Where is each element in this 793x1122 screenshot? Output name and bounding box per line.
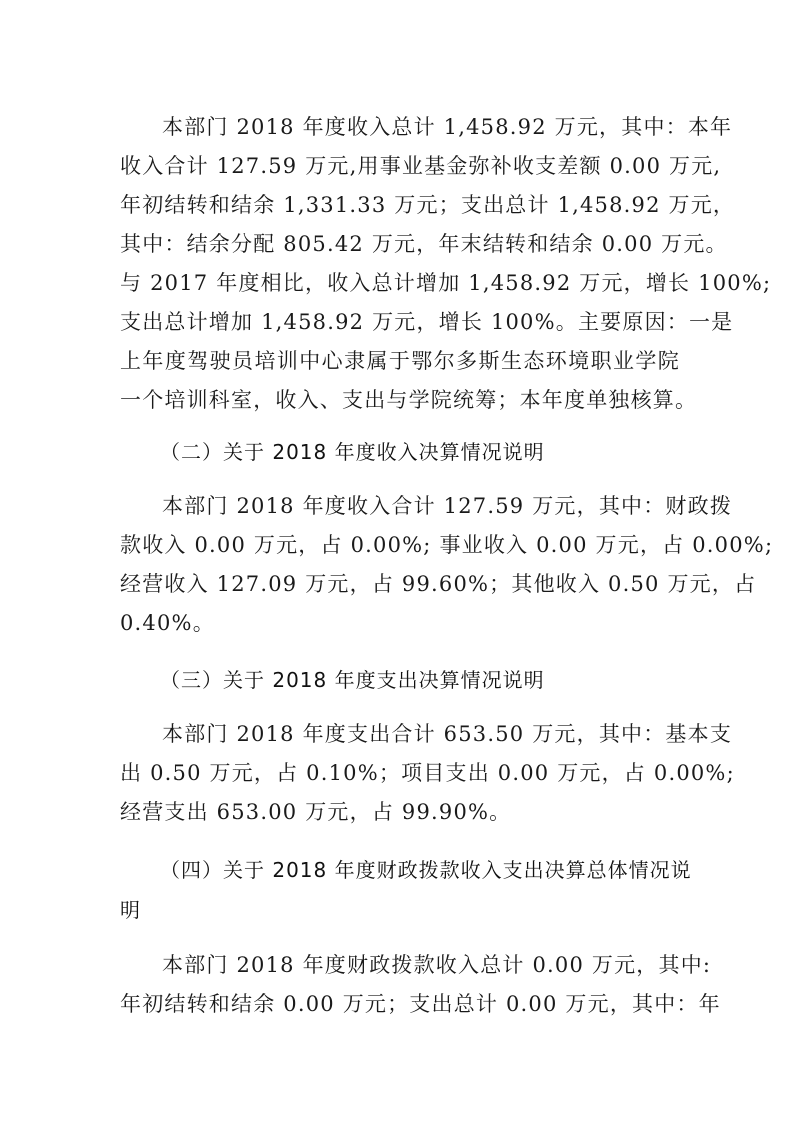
text-line: 经营收入 127.09 万元，占 99.60%；其他收入 0.50 万元，占 <box>120 564 680 604</box>
section-heading-expense: （三）关于 2018 年度支出决算情况说明 <box>160 660 545 700</box>
text-line: 0.40%。 <box>120 603 680 643</box>
section-heading-income: （二）关于 2018 年度收入决算情况说明 <box>160 432 545 472</box>
text-line: 与 2017 年度相比，收入总计增加 1,458.92 万元，增长 100%; <box>120 263 680 303</box>
text-line: 其中：结余分配 805.42 万元，年末结转和结余 0.00 万元。 <box>120 224 680 264</box>
text-line: 一个培训科室，收入、支出与学院统筹；本年度单独核算。 <box>120 380 680 420</box>
text-line: 支出总计增加 1,458.92 万元，增长 100%。主要原因：一是 <box>120 302 680 342</box>
section-heading-fiscal-appropriation: （四）关于 2018 年度财政拨款收入支出决算总体情况说 <box>160 850 680 890</box>
text-line: 年初结转和结余 1,331.33 万元；支出总计 1,458.92 万元， <box>120 185 680 225</box>
document-page: 本部门 2018 年度收入总计 1,458.92 万元，其中：本年 收入合计 1… <box>0 0 793 1122</box>
text-line: 年初结转和结余 0.00 万元；支出总计 0.00 万元，其中：年 <box>120 984 680 1024</box>
section-heading-fiscal-appropriation-cont: 明 <box>120 890 141 930</box>
text-line: 收入合计 127.59 万元,用事业基金弥补收支差额 0.00 万元, <box>120 146 680 186</box>
text-line: 上年度驾驶员培训中心隶属于鄂尔多斯生态环境职业学院 <box>120 341 680 381</box>
text-line: 款收入 0.00 万元，占 0.00%; 事业收入 0.00 万元，占 0.00… <box>120 525 680 565</box>
text-line: 本部门 2018 年度收入总计 1,458.92 万元，其中：本年 <box>162 107 680 147</box>
text-line: 经营支出 653.00 万元，占 99.90%。 <box>120 792 680 832</box>
text-line: 出 0.50 万元，占 0.10%；项目支出 0.00 万元，占 0.00%; <box>120 753 680 793</box>
text-line: 本部门 2018 年度收入合计 127.59 万元，其中：财政拨 <box>162 486 680 526</box>
text-line: 本部门 2018 年度支出合计 653.50 万元，其中：基本支 <box>162 714 680 754</box>
text-line: 本部门 2018 年度财政拨款收入总计 0.00 万元，其中: <box>162 945 680 985</box>
